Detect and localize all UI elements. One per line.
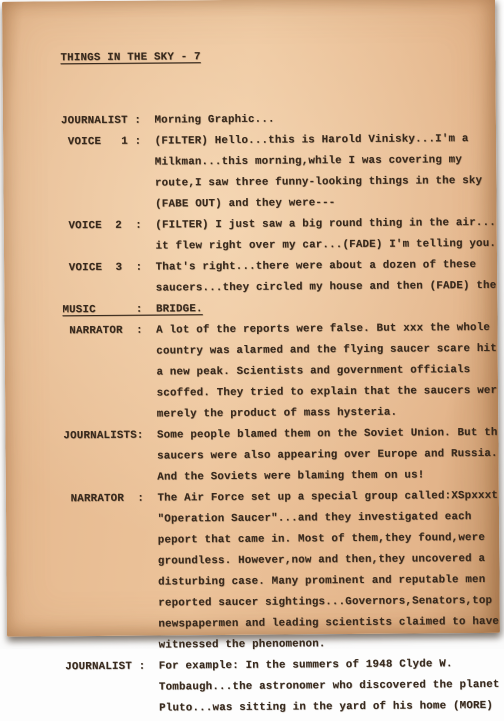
- photo-frame: THINGS IN THE SKY - 7 JOURNALIST : Morni…: [0, 0, 504, 649]
- script-page: THINGS IN THE SKY - 7 JOURNALIST : Morni…: [2, 0, 500, 637]
- script-line: newspapermen and leading scientists clai…: [65, 612, 500, 636]
- script-line: scoffed. They tried to explain that the …: [63, 381, 498, 405]
- page-title: THINGS IN THE SKY - 7: [60, 45, 495, 69]
- script-line: saucers...they circled my house and then…: [62, 276, 497, 300]
- script-body: THINGS IN THE SKY - 7 JOURNALIST : Morni…: [2, 0, 500, 637]
- script-line: route,I saw three funny-looking things i…: [61, 171, 496, 195]
- script-line: witnessed the phenomenon.: [65, 633, 500, 649]
- script-line: saucers were also appearing over Europe …: [64, 444, 499, 468]
